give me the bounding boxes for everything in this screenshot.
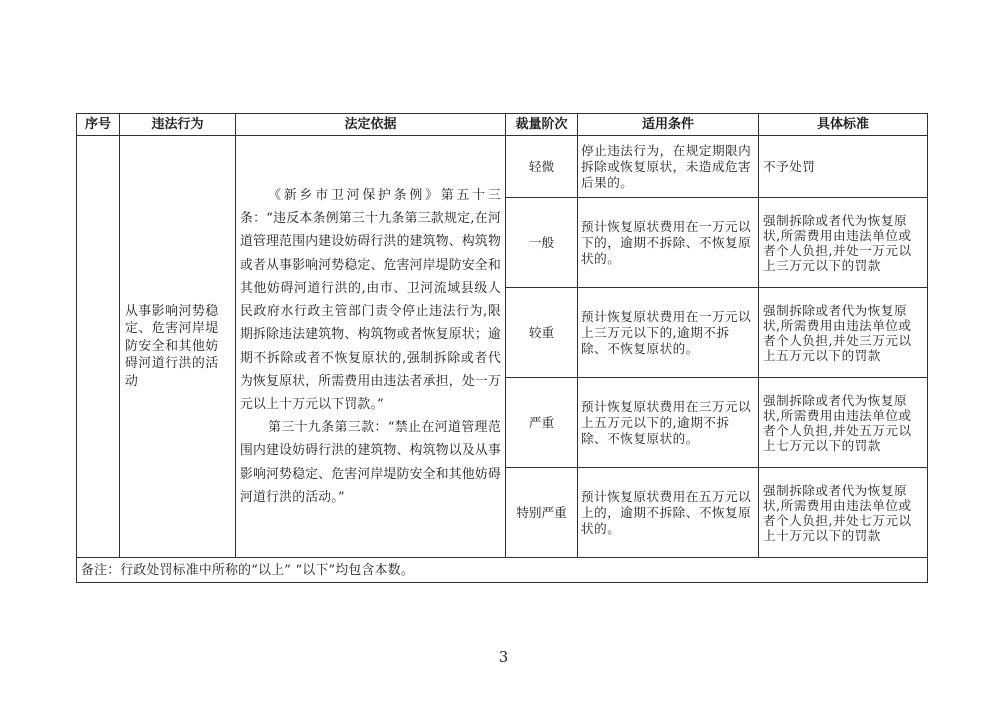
violation-cell: 从事影响河势稳定、危害河岸堤防安全和其他妨碍河道行洪的活动 xyxy=(120,136,236,558)
condition-cell: 预计恢复原状费用在一万元以上三万元以下的,逾期不拆除、不恢复原状的。 xyxy=(578,288,759,378)
penalty-discretion-table: 序号 违法行为 法定依据 裁量阶次 适用条件 具体标准 从事影响河势稳定、危害河… xyxy=(76,113,928,583)
note-row: 备注：行政处罚标准中所称的“以上” “以下”均包含本数。 xyxy=(77,558,928,583)
legal-basis-paragraph: 第三十九条第三款：“禁止在河道管理范围内建设妨碍行洪的建筑物、构筑物以及从事影响… xyxy=(240,416,501,509)
standard-cell: 强制拆除或者代为恢复原状,所需费用由违法单位或者个人负担,并处三万元以上五万元以… xyxy=(759,288,928,378)
level-cell: 特别严重 xyxy=(506,468,578,558)
header-legal-basis: 法定依据 xyxy=(236,114,506,136)
table-header-row: 序号 违法行为 法定依据 裁量阶次 适用条件 具体标准 xyxy=(77,114,928,136)
level-cell: 较重 xyxy=(506,288,578,378)
header-specific-standard: 具体标准 xyxy=(759,114,928,136)
legal-basis-cell: 《新乡市卫河保护条例》第五十三条：“违反本条例第三十九条第三款规定,在河道管理范… xyxy=(236,136,506,558)
table-note: 备注：行政处罚标准中所称的“以上” “以下”均包含本数。 xyxy=(77,558,928,583)
condition-cell: 预计恢复原状费用在一万元以下的，逾期不拆除、不恢复原状的。 xyxy=(578,198,759,288)
level-cell: 一般 xyxy=(506,198,578,288)
standard-cell: 强制拆除或者代为恢复原状,所需费用由违法单位或者个人负担,并处七万元以上十万元以… xyxy=(759,468,928,558)
header-discretion-level: 裁量阶次 xyxy=(506,114,578,136)
condition-cell: 预计恢复原状费用在五万元以上的，逾期不拆除、不恢复原状的。 xyxy=(578,468,759,558)
page-number: 3 xyxy=(0,648,1007,666)
standard-cell: 强制拆除或者代为恢复原状,所需费用由违法单位或者个人负担,并处五万元以上七万元以… xyxy=(759,378,928,468)
condition-cell: 预计恢复原状费用在三万元以上五万元以下的,逾期不拆除、不恢复原状的。 xyxy=(578,378,759,468)
level-cell: 轻微 xyxy=(506,136,578,198)
header-violation: 违法行为 xyxy=(120,114,236,136)
header-index: 序号 xyxy=(77,114,120,136)
condition-cell: 停止违法行为，在规定期限内拆除或恢复原状，未造成危害后果的。 xyxy=(578,136,759,198)
table-row: 从事影响河势稳定、危害河岸堤防安全和其他妨碍河道行洪的活动 《新乡市卫河保护条例… xyxy=(77,136,928,198)
level-cell: 严重 xyxy=(506,378,578,468)
header-applicable-conditions: 适用条件 xyxy=(578,114,759,136)
index-cell xyxy=(77,136,120,558)
legal-basis-paragraph: 《新乡市卫河保护条例》第五十三条：“违反本条例第三十九条第三款规定,在河道管理范… xyxy=(240,184,501,416)
standard-cell: 不予处罚 xyxy=(759,136,928,198)
standard-cell: 强制拆除或者代为恢复原状,所需费用由违法单位或者个人负担,并处一万元以上三万元以… xyxy=(759,198,928,288)
